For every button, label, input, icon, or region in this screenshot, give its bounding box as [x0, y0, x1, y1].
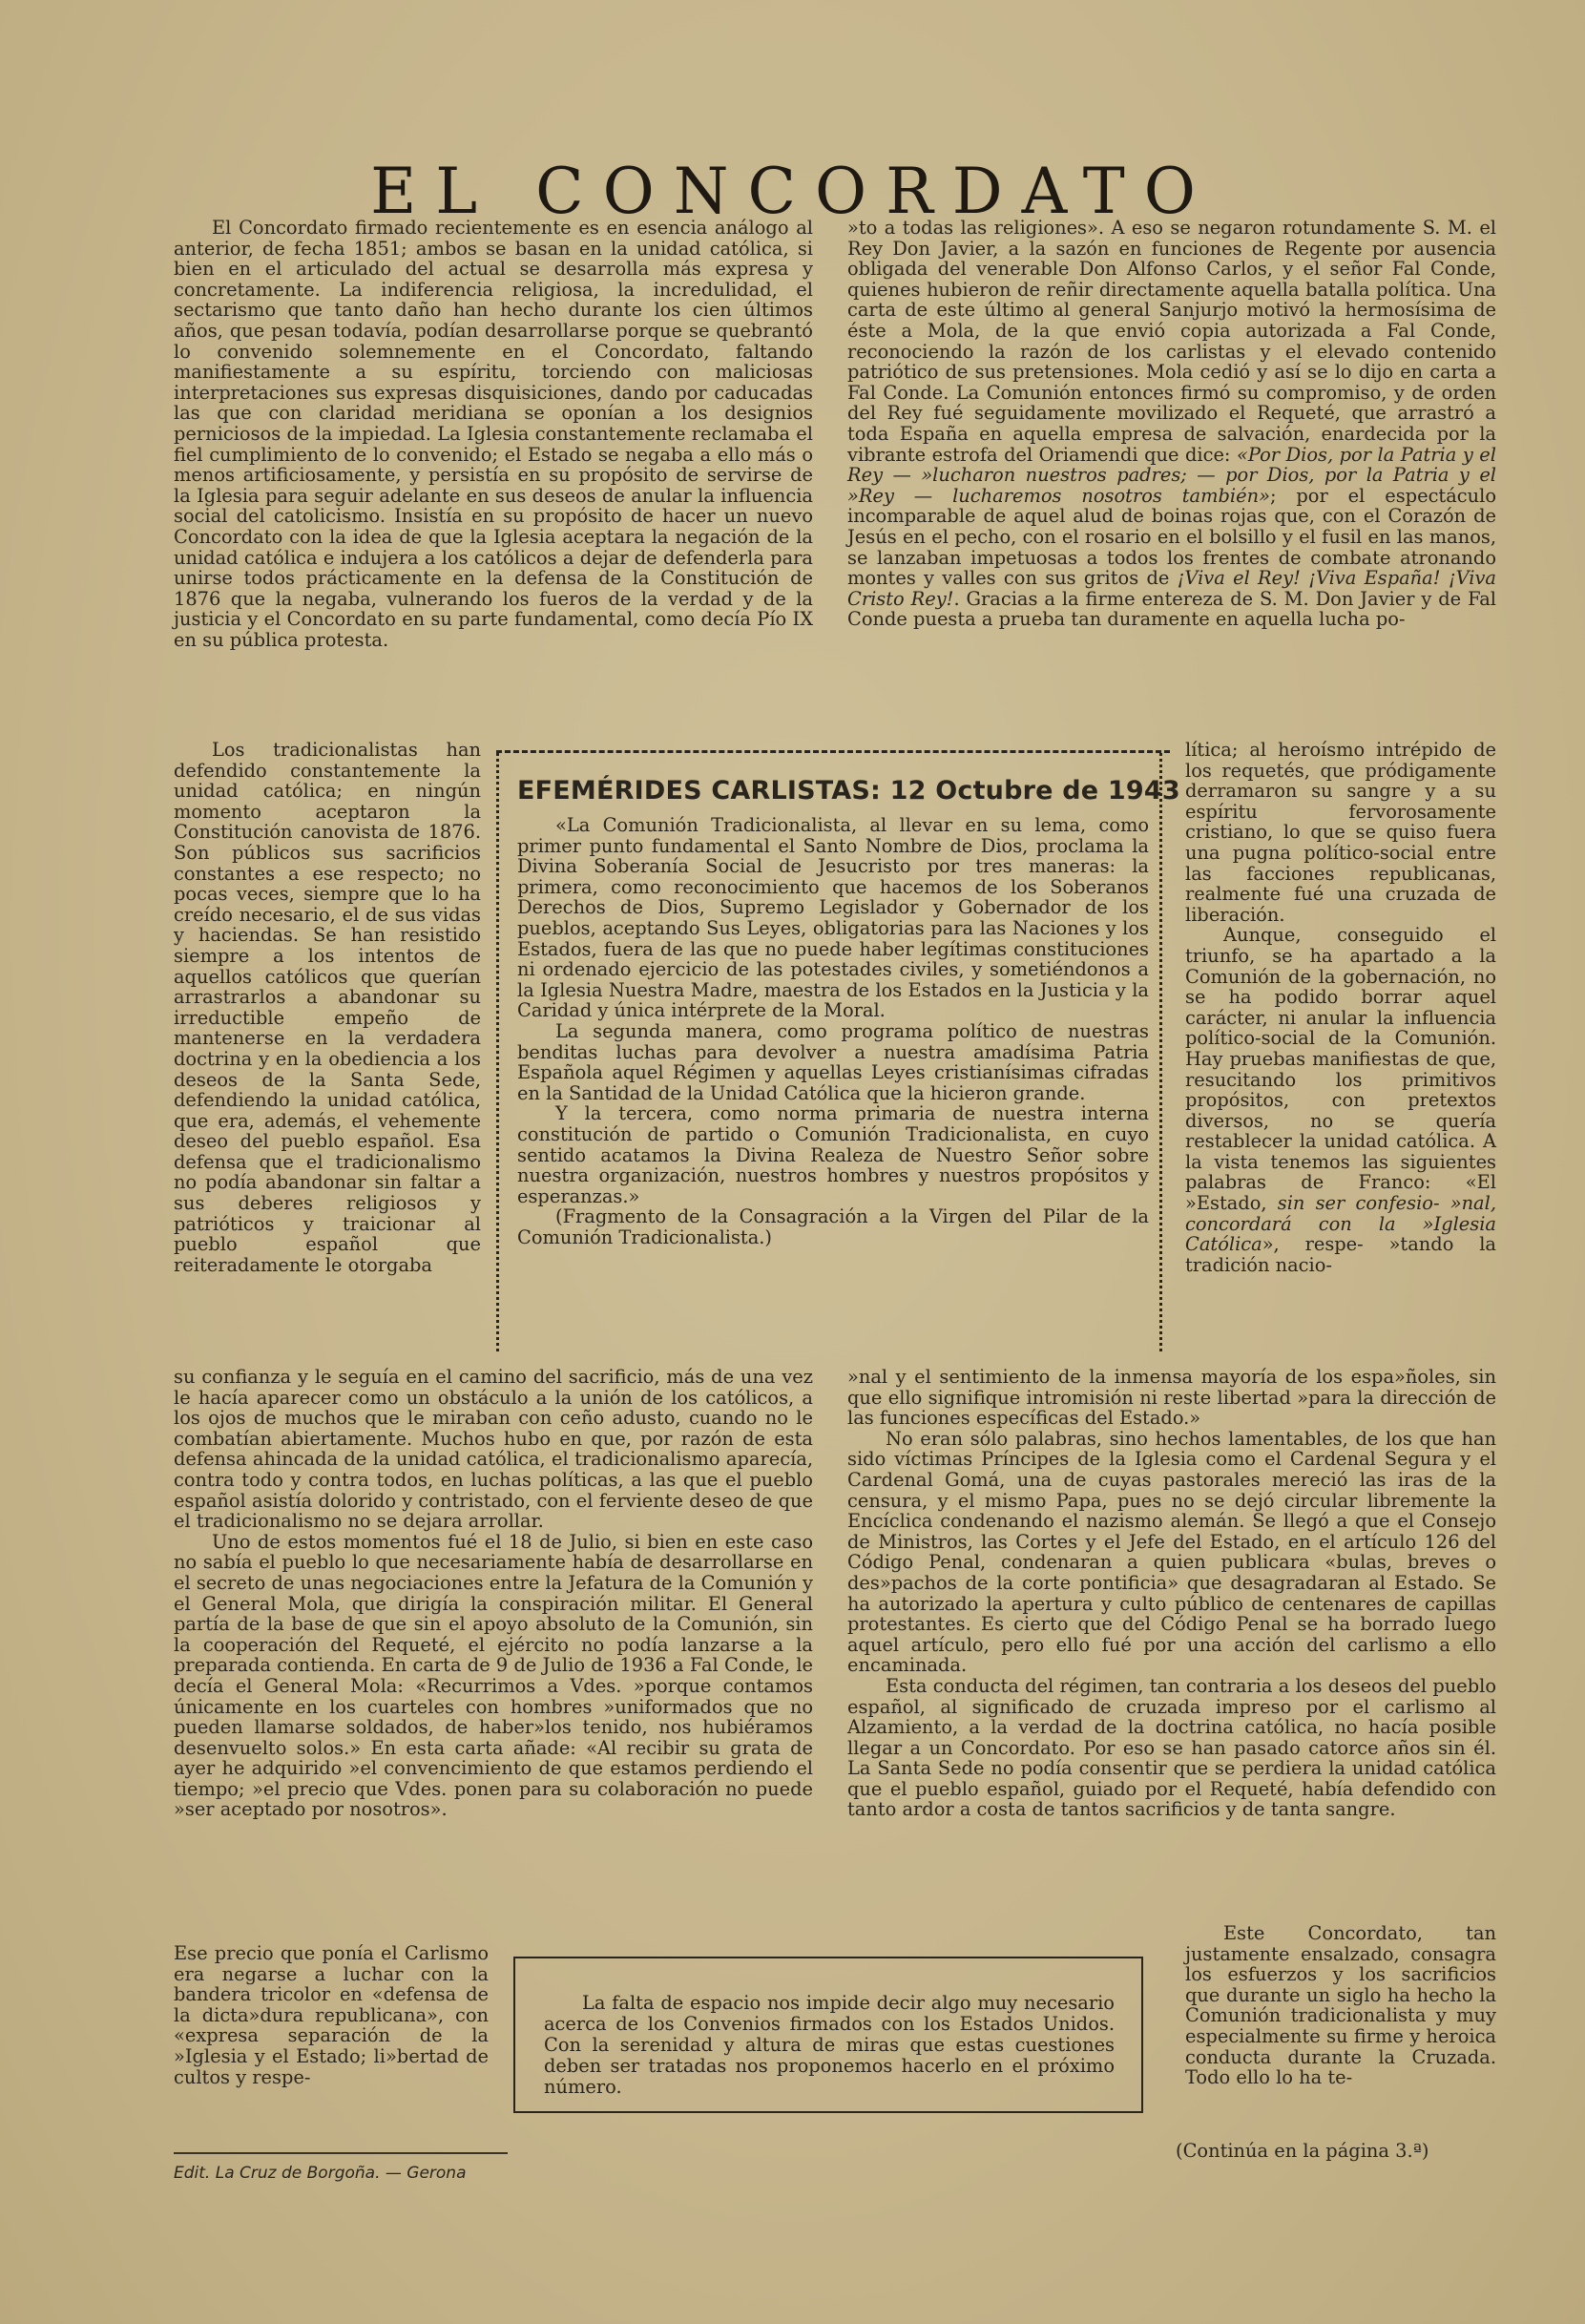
article-top-left-column: El Concordato firmado recientemente es e…: [174, 218, 813, 650]
article-bottom-right-column: Este Concordato, tan justamente ensalzad…: [1185, 1923, 1496, 2088]
paragraph: Aunque, conseguido el triunfo, se ha apa…: [1185, 925, 1496, 1275]
paragraph: Esta conducta del régimen, tan contraria…: [847, 1676, 1496, 1820]
paragraph: Uno de estos momentos fué el 18 de Julio…: [174, 1532, 813, 1820]
efemerides-title: EFEMÉRIDES CARLISTAS: 12 Octubre de 1943: [517, 776, 1149, 806]
article-mid-left-column: Los tradicionalistas han defendido const…: [174, 740, 481, 1275]
note-text: La falta de espacio nos impide decir alg…: [544, 1993, 1115, 2098]
source-note: (Fragmento de la Consagración a la Virge…: [517, 1206, 1149, 1247]
efemerides-box: EFEMÉRIDES CARLISTAS: 12 Octubre de 1943…: [496, 750, 1170, 1351]
article-lower-left-column: su confianza y le seguía en el camino de…: [174, 1367, 813, 1820]
paragraph: Y la tercera, como norma primaria de nue…: [517, 1103, 1149, 1206]
continuation-note: (Continúa en la página 3.ª): [1176, 2140, 1429, 2162]
efemerides-body: «La Comunión Tradicionalista, al llevar …: [517, 815, 1149, 1247]
paragraph: No eran sólo palabras, sino hechos lamen…: [847, 1429, 1496, 1676]
paragraph: »nal y el sentimiento de la inmensa mayo…: [847, 1367, 1496, 1429]
paragraph: »to a todas las religiones». A eso se ne…: [847, 218, 1496, 630]
footer-divider: [174, 2152, 508, 2154]
paragraph: Los tradicionalistas han defendido const…: [174, 740, 481, 1275]
paragraph: su confianza y le seguía en el camino de…: [174, 1367, 813, 1532]
publisher-footer: Edit. La Cruz de Borgoña. — Gerona: [174, 2164, 467, 2183]
article-mid-right-column: lítica; al heroísmo intrépido de los req…: [1185, 740, 1496, 1275]
paragraph: «La Comunión Tradicionalista, al llevar …: [517, 815, 1149, 1021]
article-lower-right-column: »nal y el sentimiento de la inmensa mayo…: [847, 1367, 1496, 1820]
paragraph: lítica; al heroísmo intrépido de los req…: [1185, 740, 1496, 925]
article-bottom-left-column: Ese precio que ponía el Carlismo era neg…: [174, 1943, 489, 2087]
article-top-right-column: »to a todas las religiones». A eso se ne…: [847, 218, 1496, 630]
editorial-note-box: La falta de espacio nos impide decir alg…: [513, 1957, 1143, 2113]
paragraph: Ese precio que ponía el Carlismo era neg…: [174, 1943, 489, 2087]
paragraph: Este Concordato, tan justamente ensalzad…: [1185, 1923, 1496, 2088]
paragraph: El Concordato firmado recientemente es e…: [174, 218, 813, 650]
paragraph: La segunda manera, como programa polític…: [517, 1021, 1149, 1103]
